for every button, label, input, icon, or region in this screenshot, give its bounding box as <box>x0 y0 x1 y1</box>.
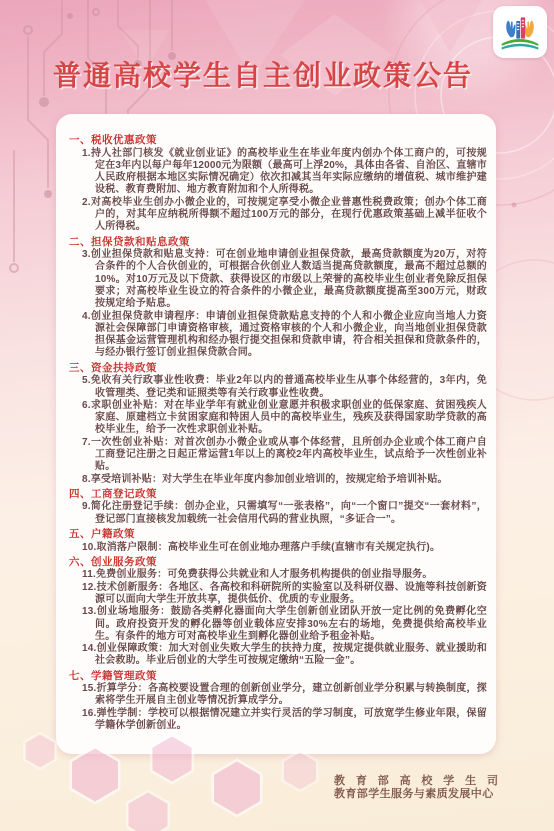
section-heading: 七、学籍管理政策 <box>69 670 487 683</box>
policy-item: 10.取消落户限制：高校毕业生可在创业地办理落户手续(直辖市有关规定执行)。 <box>82 542 487 554</box>
section-heading: 一、税收优惠政策 <box>69 134 487 147</box>
app-logo <box>493 6 547 58</box>
policy-item: 14.创业保障政策：加大对创业失败大学生的扶持力度，按规定提供就业服务、就业援助… <box>82 643 487 668</box>
issuer-line-2: 教育部学生服务与素质发展中心 <box>334 788 498 801</box>
section-registration: 四、工商登记政策 9.简化注册登记手续：创办企业，只需填写“一张表格”，向“一个… <box>69 488 487 526</box>
policy-item: 16.弹性学制：学校可以根据情况建立并实行灵活的学习制度，可放宽学生修业年限，保… <box>82 708 487 733</box>
section-loan: 二、担保贷款和贴息政策 3.创业担保贷款和贴息支持：可在创业地申请创业担保贷款，… <box>69 236 487 360</box>
policy-item: 15.折算学分：各高校要设置合理的创新创业学分，建立创新创业学分积累与转换制度，… <box>82 683 487 708</box>
policy-item: 9.简化注册登记手续：创办企业，只需填写“一张表格”，向“一个窗口”提交“一套材… <box>82 501 487 526</box>
poster-root: 普通高校学生自主创业政策公告 一、税收优惠政策 1.持人社部门核发《就业创业证》… <box>0 0 554 831</box>
poster-title: 普通高校学生自主创业政策公告 <box>28 54 498 94</box>
content-card: 一、税收优惠政策 1.持人社部门核发《就业创业证》的高校毕业生在毕业年度内创办个… <box>56 114 496 754</box>
section-heading: 四、工商登记政策 <box>69 488 487 501</box>
policy-item: 12.技术创新服务：各地区、各高校和科研院所的实验室以及科研仪器、设施等科技创新… <box>82 582 487 607</box>
policy-item: 13.创业场地服务：鼓励各类孵化器面向大学生创新创业团队开放一定比例的免费孵化空… <box>82 606 487 643</box>
hands-buildings-road-emblem-icon <box>498 11 542 53</box>
section-heading: 二、担保贷款和贴息政策 <box>69 236 487 249</box>
policy-item: 1.持人社部门核发《就业创业证》的高校毕业生在毕业年度内创办个体工商户的，可按规… <box>82 148 487 197</box>
policy-item: 6.求职创业补贴：对在毕业学年有就业创业意愿并积极求职创业的低保家庭、贫困残疾人… <box>82 400 487 437</box>
section-funding: 三、资金扶持政策 5.免收有关行政事业性收费：毕业2年以内的普通高校毕业生从事个… <box>69 362 487 486</box>
issuer-line-1: 教育部高校学生司 <box>334 775 498 788</box>
policy-item: 4.创业担保贷款申请程序：申请创业担保贷款贴息支持的个人和小微企业应向当地人力资… <box>82 311 487 360</box>
section-tax: 一、税收优惠政策 1.持人社部门核发《就业创业证》的高校毕业生在毕业年度内创办个… <box>69 134 487 234</box>
policy-item: 8.享受培训补贴：对大学生在毕业年度内参加创业培训的，按规定给予培训补贴。 <box>82 474 487 486</box>
section-services: 六、创业服务政策 11.免费创业服务：可免费获得公共就业和人才服务机构提供的创业… <box>69 556 487 668</box>
policy-item: 11.免费创业服务：可免费获得公共就业和人才服务机构提供的创业指导服务。 <box>82 569 487 581</box>
section-household: 五、户籍政策 10.取消落户限制：高校毕业生可在创业地办理落户手续(直辖市有关规… <box>69 528 487 554</box>
policy-item: 2.对高校毕业生创办小微企业的，可按规定享受小微企业普惠性税费政策；创办个体工商… <box>82 197 487 234</box>
issuer-footer: 教育部高校学生司 教育部学生服务与素质发展中心 <box>334 775 498 801</box>
section-heading: 六、创业服务政策 <box>69 556 487 569</box>
policy-item: 7.一次性创业补贴：对首次创办小微企业或从事个体经营，且所创办企业或个体工商户自… <box>82 437 487 474</box>
section-academic: 七、学籍管理政策 15.折算学分：各高校要设置合理的创新创业学分，建立创新创业学… <box>69 670 487 733</box>
section-heading: 五、户籍政策 <box>69 528 487 541</box>
policy-item: 3.创业担保贷款和贴息支持：可在创业地申请创业担保贷款，最高贷款额度为20万，对… <box>82 249 487 310</box>
section-heading: 三、资金扶持政策 <box>69 362 487 375</box>
policy-item: 5.免收有关行政事业性收费：毕业2年以内的普通高校毕业生从事个体经营的，3年内，… <box>82 375 487 400</box>
